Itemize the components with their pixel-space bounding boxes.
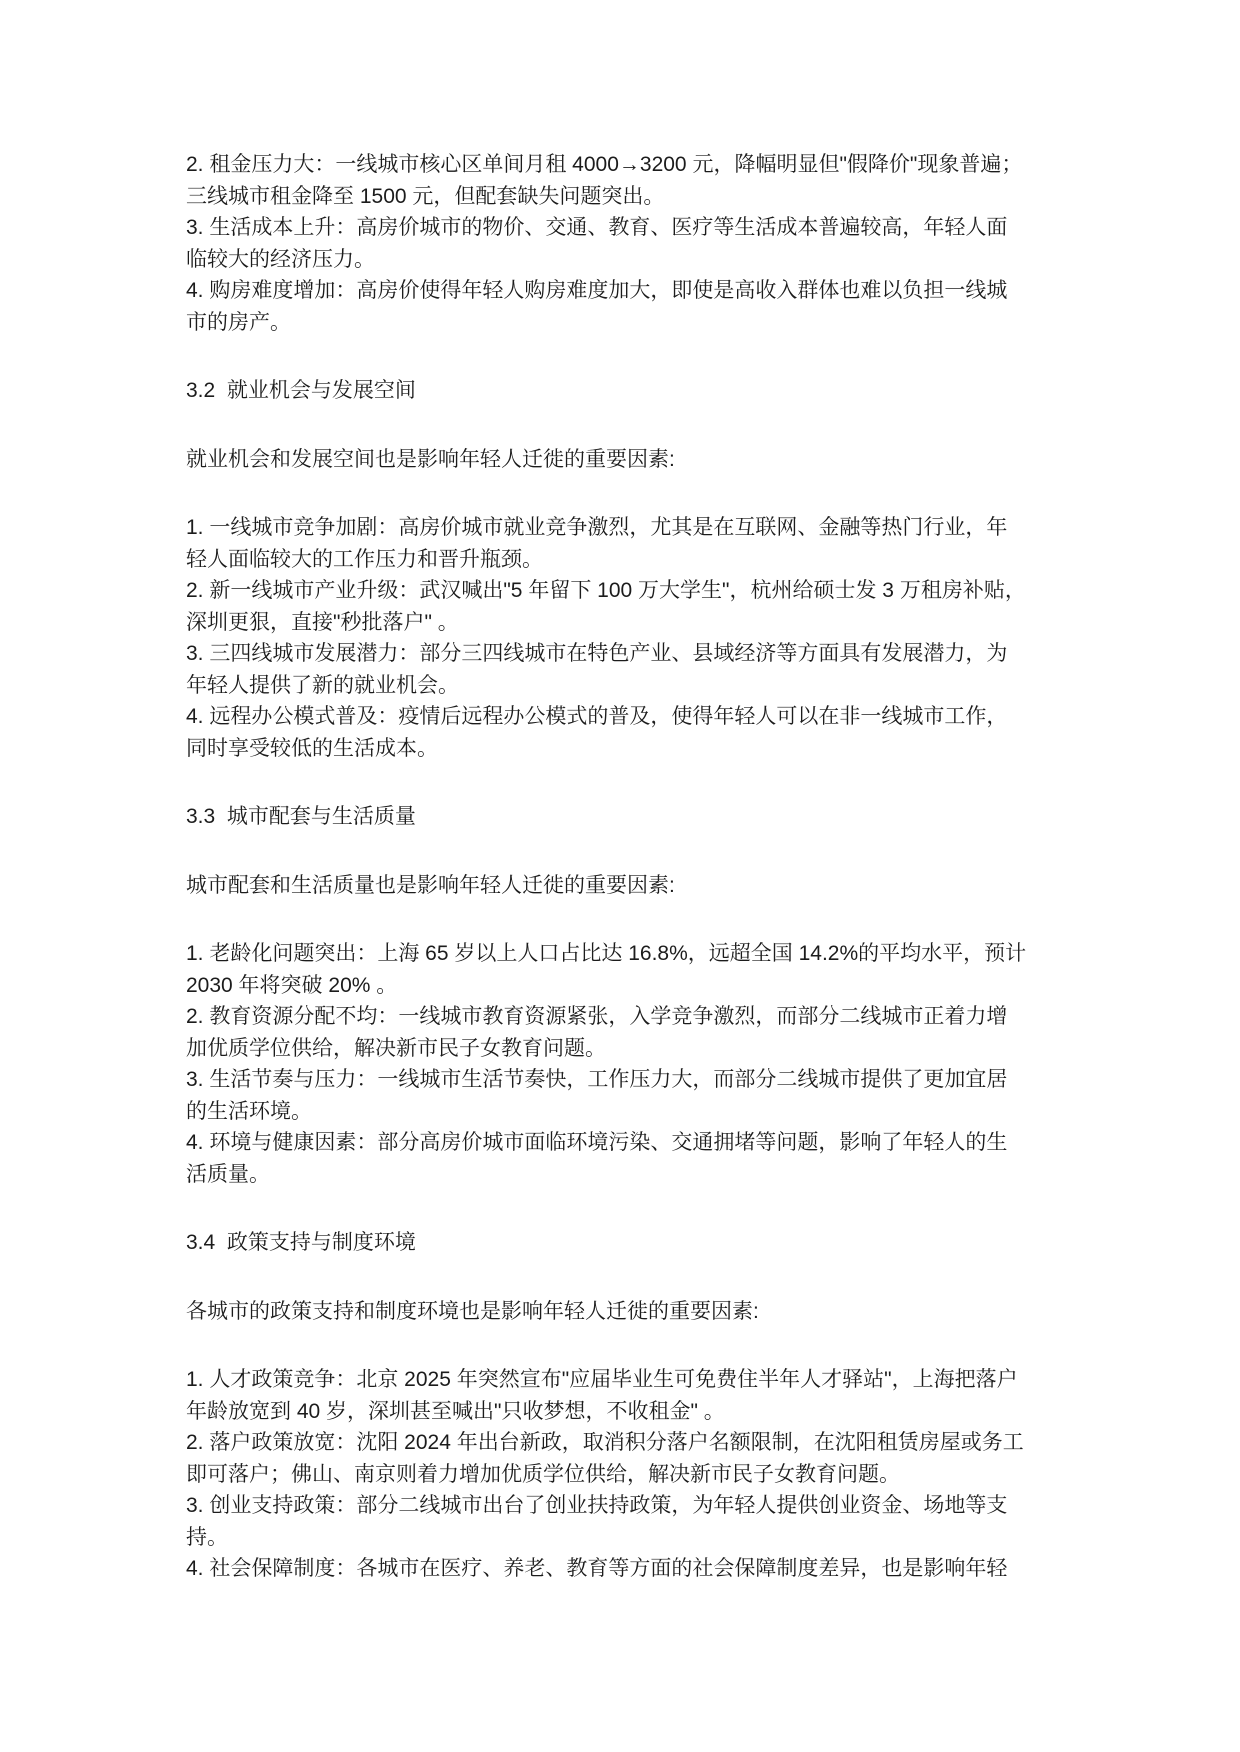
text-line: 4. 社会保障制度：各城市在医疗、养老、教育等方面的社会保障制度差异，也是影响年… <box>186 1553 1086 1585</box>
text-line: 1. 老龄化问题突出：上海 65 岁以上人口占比达 16.8%，远超全国 14.… <box>186 938 1086 970</box>
section-3-2-heading: 3.2 就业机会与发展空间 <box>186 375 1086 407</box>
text-line: 即可落户；佛山、南京则着力增加优质学位供给，解决新市民子女教育问题。 <box>186 1459 1086 1491</box>
text-line: 持。 <box>186 1522 1086 1554</box>
text-line: 深圳更狠，直接"秒批落户" 。 <box>186 607 1086 639</box>
section-3-3-intro: 城市配套和生活质量也是影响年轻人迁徙的重要因素: <box>186 870 1086 902</box>
heading-line: 3.3 城市配套与生活质量 <box>186 801 1086 833</box>
section-3-4-heading: 3.4 政策支持与制度环境 <box>186 1227 1086 1259</box>
text-line: 城市配套和生活质量也是影响年轻人迁徙的重要因素: <box>186 870 1086 902</box>
text-line: 2. 教育资源分配不均：一线城市教育资源紧张，入学竞争激烈，而部分二线城市正着力… <box>186 1001 1086 1033</box>
text-line: 2. 租金压力大：一线城市核心区单间月租 4000→3200 元，降幅明显但"假… <box>186 149 1086 181</box>
text-line: 年轻人提供了新的就业机会。 <box>186 670 1086 702</box>
text-line: 4. 购房难度增加：高房价使得年轻人购房难度加大，即使是高收入群体也难以负担一线… <box>186 275 1086 307</box>
section-3-1-list-continued: 2. 租金压力大：一线城市核心区单间月租 4000→3200 元，降幅明显但"假… <box>186 149 1086 338</box>
text-line: 1. 一线城市竞争加剧：高房价城市就业竞争激烈，尤其是在互联网、金融等热门行业，… <box>186 512 1086 544</box>
section-3-3-heading: 3.3 城市配套与生活质量 <box>186 801 1086 833</box>
document-page: 2. 租金压力大：一线城市核心区单间月租 4000→3200 元，降幅明显但"假… <box>0 0 1240 1752</box>
text-line: 同时享受较低的生活成本。 <box>186 733 1086 765</box>
text-line: 2. 落户政策放宽：沈阳 2024 年出台新政，取消积分落户名额限制，在沈阳租赁… <box>186 1427 1086 1459</box>
section-3-2-intro: 就业机会和发展空间也是影响年轻人迁徙的重要因素: <box>186 444 1086 476</box>
text-line: 活质量。 <box>186 1159 1086 1191</box>
text-line: 三线城市租金降至 1500 元，但配套缺失问题突出。 <box>186 181 1086 213</box>
text-line: 轻人面临较大的工作压力和晋升瓶颈。 <box>186 544 1086 576</box>
text-line: 2030 年将突破 20% 。 <box>186 970 1086 1002</box>
text-line: 4. 环境与健康因素：部分高房价城市面临环境污染、交通拥堵等问题，影响了年轻人的… <box>186 1127 1086 1159</box>
text-line: 1. 人才政策竞争：北京 2025 年突然宣布"应届毕业生可免费住半年人才驿站"… <box>186 1364 1086 1396</box>
text-line: 3. 生活成本上升：高房价城市的物价、交通、教育、医疗等生活成本普遍较高，年轻人… <box>186 212 1086 244</box>
text-line: 加优质学位供给，解决新市民子女教育问题。 <box>186 1033 1086 1065</box>
section-3-3-list: 1. 老龄化问题突出：上海 65 岁以上人口占比达 16.8%，远超全国 14.… <box>186 938 1086 1190</box>
document-content: 2. 租金压力大：一线城市核心区单间月租 4000→3200 元，降幅明显但"假… <box>186 149 1086 1585</box>
text-line: 各城市的政策支持和制度环境也是影响年轻人迁徙的重要因素: <box>186 1296 1086 1328</box>
text-line: 3. 创业支持政策：部分二线城市出台了创业扶持政策，为年轻人提供创业资金、场地等… <box>186 1490 1086 1522</box>
section-3-4-list: 1. 人才政策竞争：北京 2025 年突然宣布"应届毕业生可免费住半年人才驿站"… <box>186 1364 1086 1585</box>
section-3-4-intro: 各城市的政策支持和制度环境也是影响年轻人迁徙的重要因素: <box>186 1296 1086 1328</box>
text-line: 4. 远程办公模式普及：疫情后远程办公模式的普及，使得年轻人可以在非一线城市工作… <box>186 701 1086 733</box>
heading-line: 3.2 就业机会与发展空间 <box>186 375 1086 407</box>
text-line: 年龄放宽到 40 岁，深圳甚至喊出"只收梦想，不收租金" 。 <box>186 1396 1086 1428</box>
section-3-2-list: 1. 一线城市竞争加剧：高房价城市就业竞争激烈，尤其是在互联网、金融等热门行业，… <box>186 512 1086 764</box>
text-line: 就业机会和发展空间也是影响年轻人迁徙的重要因素: <box>186 444 1086 476</box>
text-line: 的生活环境。 <box>186 1096 1086 1128</box>
text-line: 3. 生活节奏与压力：一线城市生活节奏快，工作压力大，而部分二线城市提供了更加宜… <box>186 1064 1086 1096</box>
text-line: 临较大的经济压力。 <box>186 244 1086 276</box>
heading-line: 3.4 政策支持与制度环境 <box>186 1227 1086 1259</box>
text-line: 2. 新一线城市产业升级：武汉喊出"5 年留下 100 万大学生"，杭州给硕士发… <box>186 575 1086 607</box>
text-line: 3. 三四线城市发展潜力：部分三四线城市在特色产业、县域经济等方面具有发展潜力，… <box>186 638 1086 670</box>
text-line: 市的房产。 <box>186 307 1086 339</box>
